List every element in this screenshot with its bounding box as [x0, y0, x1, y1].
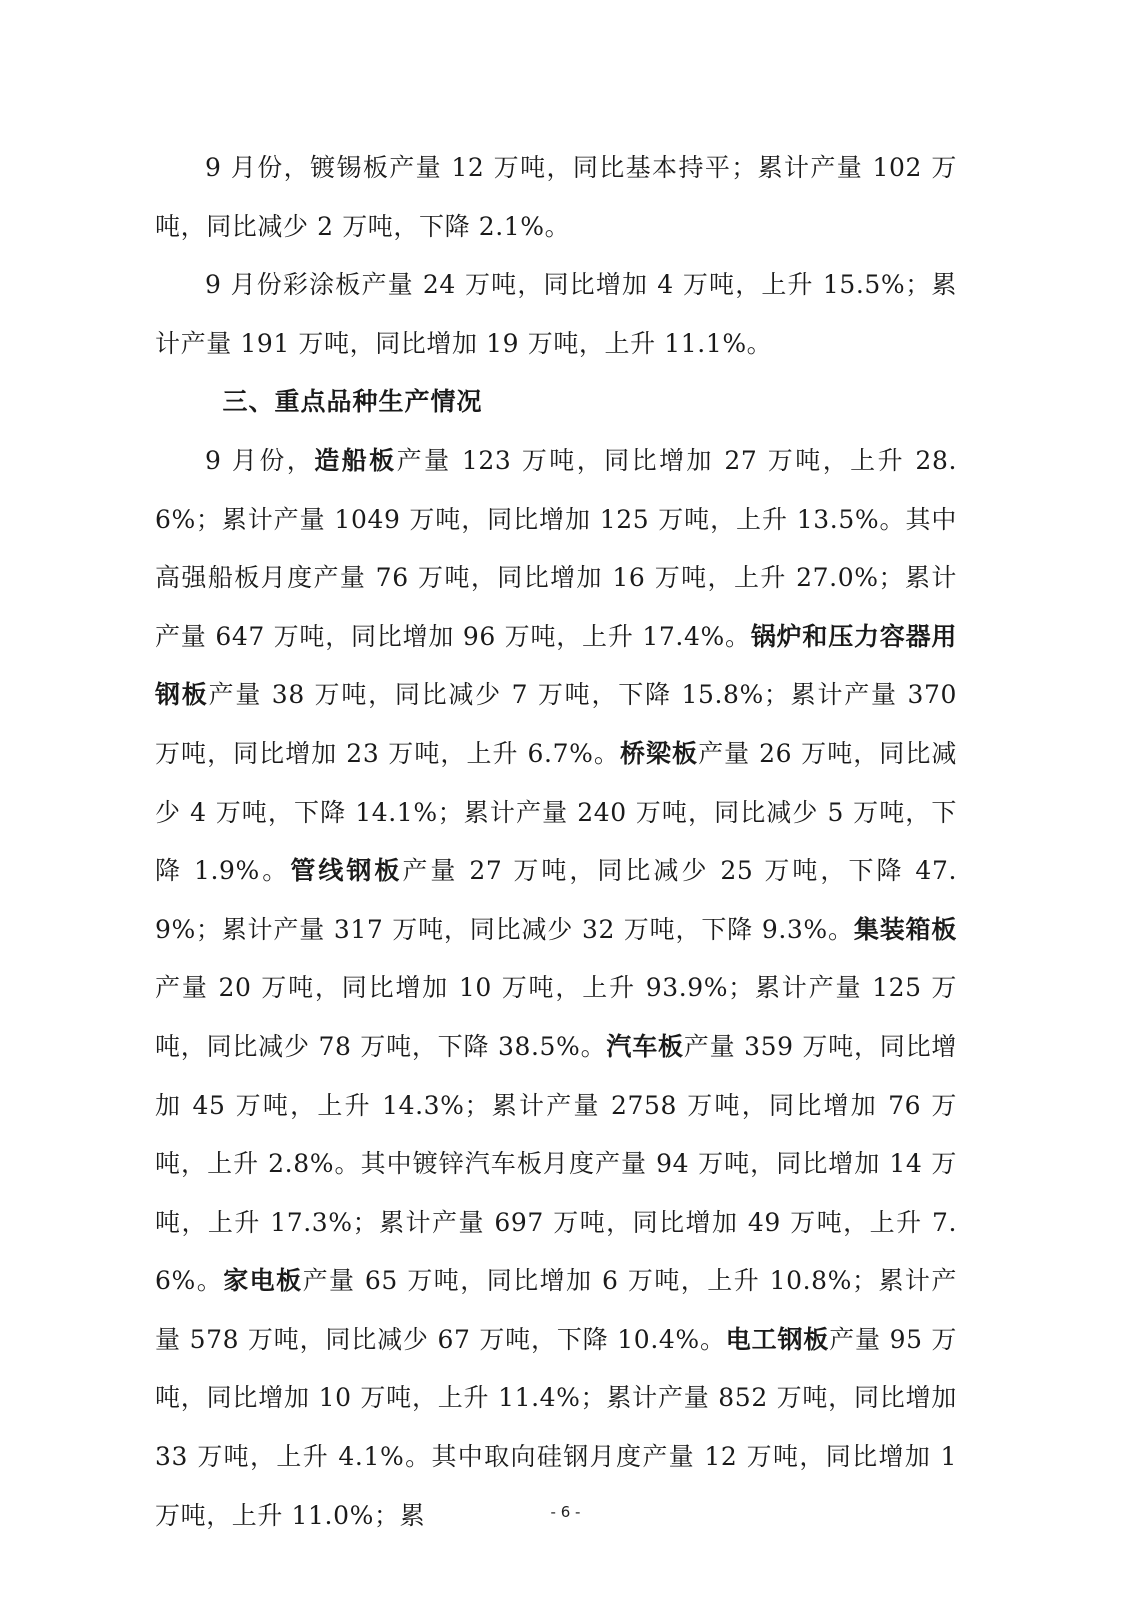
paragraph-text: 9 月份，镀锡板产量 12 万吨，同比基本持平；累计产量 102 万吨，同比减少… — [155, 153, 957, 241]
paragraph-tinplate: 9 月份，镀锡板产量 12 万吨，同比基本持平；累计产量 102 万吨，同比减少… — [155, 139, 957, 256]
paragraph-text: 产量 359 万吨，同比增加 45 万吨，上升 14.3%；累计产量 2758 … — [155, 1032, 957, 1295]
page-number: - 6 - — [0, 1503, 1131, 1521]
product-name-appliance-plate: 家电板 — [223, 1266, 302, 1295]
product-name-bridge-plate: 桥梁板 — [620, 739, 698, 768]
section-heading: 三、重点品种生产情况 — [155, 373, 957, 432]
paragraph-text: 9 月份， — [205, 446, 314, 475]
product-name-shipbuilding-plate: 造船板 — [314, 446, 396, 475]
paragraph-key-products: 9 月份，造船板产量 123 万吨，同比增加 27 万吨，上升 28.6%；累计… — [155, 432, 957, 1545]
product-name-container-plate: 集装箱板 — [854, 915, 957, 944]
paragraph-text: 产量 123 万吨，同比增加 27 万吨，上升 28.6%；累计产量 1049 … — [155, 446, 957, 651]
document-page: 9 月份，镀锡板产量 12 万吨，同比基本持平；累计产量 102 万吨，同比减少… — [155, 139, 957, 1545]
paragraph-text: 产量 95 万吨，同比增加 10 万吨，上升 11.4%；累计产量 852 万吨… — [155, 1325, 957, 1530]
product-name-automotive-plate: 汽车板 — [606, 1032, 683, 1061]
paragraph-text: 9 月份彩涂板产量 24 万吨，同比增加 4 万吨，上升 15.5%；累计产量 … — [155, 270, 957, 358]
paragraph-color-coated: 9 月份彩涂板产量 24 万吨，同比增加 4 万吨，上升 15.5%；累计产量 … — [155, 256, 957, 373]
product-name-pipeline-plate: 管线钢板 — [290, 856, 402, 885]
product-name-electrical-steel: 电工钢板 — [726, 1325, 829, 1354]
